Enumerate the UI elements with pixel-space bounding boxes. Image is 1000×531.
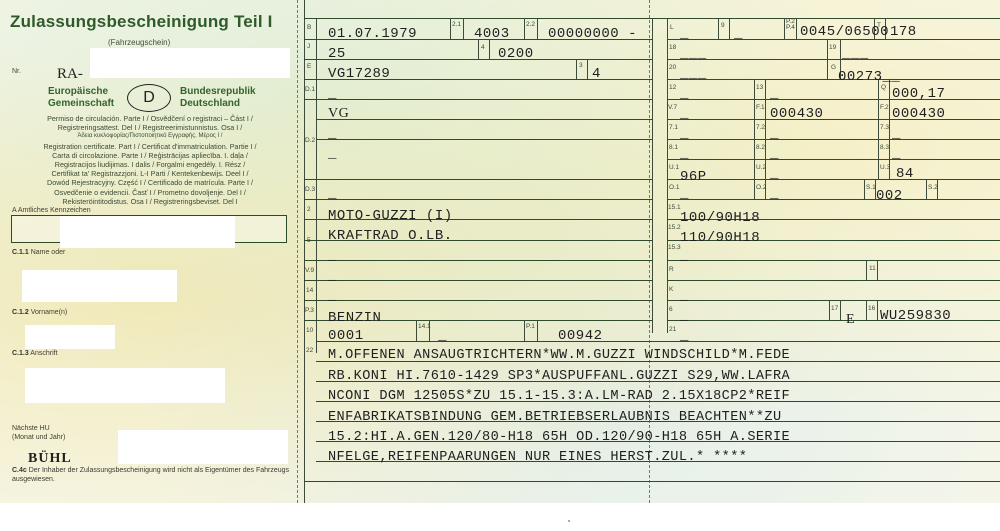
axle-load-1: _ (680, 126, 689, 142)
field-code-u3: U.3 (880, 164, 890, 171)
multilingual-line: Dowód Rejestracyjny. Część I / Certifica… (10, 178, 290, 187)
redacted-address (25, 368, 225, 403)
permitted-mass-value: 000430 (892, 106, 945, 122)
fuel-code: 0001 (328, 328, 364, 344)
field-code-p3: P.3 (305, 307, 314, 314)
address-code: C.1.3 (12, 350, 29, 357)
field-code-v9: V.9 (305, 267, 314, 274)
row-line (304, 18, 1000, 19)
field-box-17: 17 (829, 300, 841, 320)
co2-value: _ (680, 106, 689, 122)
row-line (667, 199, 1000, 200)
axle-load-max-2: _ (770, 146, 779, 162)
row-line (667, 260, 1000, 261)
redacted-firstname (25, 325, 115, 349)
field-code-10: 10 (306, 327, 313, 334)
power-weight-value: 000,17 (892, 86, 945, 102)
tire-front: 100/90H18 (680, 210, 760, 226)
length-value: ___ (680, 46, 707, 62)
ownership-note-code: C.4c (12, 467, 27, 474)
empty-mass-value: 00273__ (838, 69, 900, 85)
field-code-u1: U.1 (669, 164, 679, 171)
multilingual-line: Άδεια κυκλοφορίας/Πιστοποιητικό Εγγραφής… (10, 132, 290, 141)
tire-other: _ (680, 248, 689, 264)
field-box-p1: P.1 (524, 320, 538, 341)
towed-unbraked-value: _ (770, 186, 779, 202)
make-value: _ (328, 86, 337, 102)
field-box-2-2: 2.2 (524, 18, 538, 39)
field-code-4: 4 (481, 44, 485, 51)
field-code-15-3: 15.3 (668, 244, 681, 251)
remark-line: NCONI DGM 12505S*ZU 15.1-15.3:A.LM-RAD 2… (328, 389, 790, 404)
multilingual-line: Registracijos liudijimas. I dalis / Forg… (10, 160, 290, 169)
speck (568, 520, 570, 522)
field-code-21: 21 (669, 326, 676, 333)
manufacturer-name: MOTO-GUZZI (I) (328, 208, 453, 224)
field-code-f1: F.1 (756, 104, 765, 111)
emission-class: _ (328, 268, 337, 284)
field-code-14-1: 14.1 (418, 323, 431, 330)
first-registration-date: 01.07.1979 (328, 26, 417, 42)
eu-line-1: Europäische (48, 86, 114, 98)
field-code-k: K (669, 286, 673, 293)
brd-line-2: Deutschland (180, 98, 256, 110)
eu-line-2: Gemeinschaft (48, 98, 114, 110)
axle-load-2: _ (770, 126, 779, 142)
ownership-note: C.4c Der Inhaber der Zulassungsbescheini… (12, 466, 292, 484)
row-line (316, 119, 652, 120)
trade-name-value: _ (328, 186, 337, 202)
national-emission-code: _ (438, 328, 447, 344)
remark-line: 15.2:HI.A.GEN.120/80-H18 65H OD.120/90-H… (328, 430, 790, 445)
field-code-r: R (669, 266, 674, 273)
field-code-v7: V.7 (668, 104, 677, 111)
ownership-note-text: Der Inhaber der Zulassungsbescheinigung … (12, 467, 289, 483)
field-code-d3: D.3 (305, 186, 315, 193)
approval-date-value: _ (680, 308, 689, 324)
field-code-20: 20 (669, 64, 676, 71)
redacted-inspection-stamp (118, 430, 288, 464)
vehicle-type-extra: _ (328, 248, 337, 264)
version-value: _ (328, 146, 337, 162)
plate-label: A Amtliches Kennzeichen (12, 207, 91, 214)
registration-certificate: Zulassungsbescheinigung Teil I (Fahrzeug… (0, 0, 1000, 503)
brd-line-1: Bundesrepublik (180, 86, 256, 98)
category-value: E (846, 312, 855, 328)
multilingual-line: Carta di circolazione. Parte I / Reģistr… (10, 151, 290, 160)
field-code-16: 16 (868, 305, 875, 312)
drive-axles-value: _ (734, 26, 743, 42)
remark-line: M.OFFENEN ANSAUGTRICHTERN*WW.M.GUZZI WIN… (328, 348, 790, 363)
field-box-o2: O.2 (754, 179, 766, 199)
max-mass-value: 000430 (770, 106, 823, 122)
row-line (667, 79, 1000, 80)
type-code: 00000000 - (548, 26, 637, 42)
type-value: VG (328, 106, 349, 122)
field-code-o1: O.1 (669, 184, 679, 191)
left-panel: Zulassungsbescheinigung Teil I (Fahrzeug… (0, 0, 296, 503)
field-box-4: 4 (478, 39, 490, 59)
surname-code: C.1.1 (12, 249, 29, 256)
row-line (304, 260, 652, 261)
field-code-b: B (307, 24, 311, 31)
row-line (667, 139, 1000, 140)
multilingual-line: Rekisteröintitodistus. Osa I / Registrer… (10, 197, 290, 206)
row-line (667, 99, 1000, 100)
field-code-5: 5 (307, 237, 311, 244)
surname-label: C.1.1 Name oder (12, 249, 65, 256)
field-box-right: Q F.2 7.3 8.3 U.3 (878, 79, 890, 179)
extra-value: _ (680, 328, 689, 344)
field-code-e: E (307, 63, 311, 70)
check-digit: 4 (592, 66, 601, 82)
towed-braked-value: _ (680, 186, 689, 202)
axle-load-max-3: _ (892, 146, 901, 162)
field-code-o2: O.2 (756, 184, 766, 191)
field-code-18: 18 (669, 44, 676, 51)
fuel-type: BENZIN (328, 310, 381, 326)
field-box-s2: S.2 (926, 179, 938, 199)
multilingual-line: Permiso de circulación. Parte I / Osvědč… (10, 114, 290, 123)
number-value: RA- (57, 66, 83, 83)
field-box-p2-p4: P.2P.4 (784, 18, 797, 39)
next-inspection-line-1: Nächste HU (12, 424, 65, 433)
field-code-6: 6 (669, 306, 673, 313)
code-column-border (316, 18, 317, 353)
row-line (304, 481, 1000, 482)
field-code-l: L (670, 24, 674, 31)
number-label: Nr. (12, 68, 21, 75)
field-code-14: 14 (306, 287, 313, 294)
field-code-2-2: 2.2 (526, 21, 535, 28)
field-code-3: 3 (579, 62, 583, 69)
variant-value: _ (328, 126, 337, 142)
vehicle-type-name: KRAFTRAD O.LB. (328, 228, 453, 244)
firstname-text: Vorname(n) (31, 309, 68, 316)
field-code-15-1: 15.1 (668, 204, 681, 211)
field-code-7-2: 7.2 (756, 124, 765, 131)
field-code-d1: D.1 (305, 86, 315, 93)
next-inspection-line-2: (Monat und Jahr) (12, 433, 65, 442)
width-value: ___ (842, 46, 869, 62)
emission-key: _ (328, 288, 337, 304)
grid-border (304, 0, 305, 503)
field-code-s1: S.1 (866, 184, 876, 191)
row-line (304, 99, 652, 100)
field-box-14-1: 14.1 (416, 320, 430, 341)
field-code-22: 22 (306, 347, 313, 354)
field-code-8-2: 8.2 (756, 144, 765, 151)
field-code-8-3: 8.3 (880, 144, 889, 151)
code-column-border (667, 18, 668, 333)
row-line (667, 280, 1000, 281)
field-code-g: G (831, 64, 836, 71)
field-code-12: 12 (669, 84, 676, 91)
row-line (316, 341, 1000, 342)
firstname-code: C.1.2 (12, 309, 29, 316)
field-code-d2: D.2 (305, 137, 315, 144)
field-code-19: 19 (829, 44, 836, 51)
tank-volume-value: _ (680, 86, 689, 102)
standing-noise-value: 96P (680, 169, 707, 185)
field-box-mid: 13 F.1 7.2 8.2 U.2 (754, 79, 766, 179)
row-line (304, 59, 652, 60)
field-box-9: 9 (718, 18, 730, 39)
field-code-j: J (307, 43, 310, 50)
field-code-u2: U.2 (756, 164, 766, 171)
address-label: C.1.3 Anschrift (12, 350, 58, 357)
field-code-p4: P.4 (786, 24, 795, 31)
row-line (667, 159, 1000, 160)
field-code-q: Q (881, 84, 886, 91)
fold-line (297, 0, 298, 503)
axle-load-max-1: _ (680, 146, 689, 162)
row-line (304, 179, 652, 180)
eu-label: Europäische Gemeinschaft (48, 86, 114, 110)
multilingual-titles: Permiso de circulación. Parte I / Osvědč… (10, 114, 290, 206)
type-approval-value: _ (680, 288, 689, 304)
row-line (304, 300, 652, 301)
field-box-3: 3 (576, 59, 588, 79)
driving-noise-value: 84 (896, 166, 914, 182)
row-line (304, 280, 652, 281)
field-code-p2-p4: P.2P.4 (786, 19, 795, 31)
remark-line: RB.KONI HI.7610-1429 SP3*AUSPUFFANL.GUZZ… (328, 369, 790, 384)
field-code-7-3: 7.3 (880, 124, 889, 131)
body-code: 0200 (498, 46, 534, 62)
row-line (667, 119, 1000, 120)
field-code-f2: F.2 (880, 104, 889, 111)
field-box-2-1: 2.1 (450, 18, 464, 39)
remark-line: ENFABRIKATSBINDUNG GEM.BETRIEBSERLAUBNIS… (328, 410, 782, 425)
document-title: Zulassungsbescheinigung Teil I (10, 12, 273, 32)
max-speed-value: 178 (890, 24, 917, 40)
next-inspection-label: Nächste HU (Monat und Jahr) (12, 424, 65, 442)
column-divider (652, 18, 653, 333)
field-code-2-1: 2.1 (452, 21, 461, 28)
field-code-9: 9 (721, 22, 725, 29)
row-line (667, 179, 1000, 180)
multilingual-line: Registreringsattest. Del I / Registreeri… (10, 123, 290, 132)
field-code-17: 17 (831, 305, 838, 312)
vin: VG17289 (328, 66, 390, 82)
noise-rpm-value: _ (770, 166, 779, 182)
field-box-16: 16 (866, 300, 878, 320)
vehicle-class: 25 (328, 46, 346, 62)
seats-value-s1: 002 (876, 188, 903, 204)
axle-load-3: _ (892, 126, 901, 142)
seats-value: _ (770, 86, 779, 102)
surname-text: Name oder (31, 249, 66, 256)
field-code-15-2: 15.2 (668, 224, 681, 231)
document-number-value: WU259830 (880, 308, 951, 324)
firstname-label: C.1.2 Vorname(n) (12, 309, 67, 316)
data-grid: B J E D.1 D.2 D.3 2 5 V.9 14 P.3 10 22 2… (302, 0, 1000, 503)
manufacturer-code: 4003 (474, 26, 510, 42)
stamp-place: BÜHL (28, 451, 72, 467)
country-code-oval: D (127, 84, 171, 112)
field-code-s2: S.2 (928, 184, 938, 191)
displacement: 00942 (558, 328, 603, 344)
field-code-p1: P.1 (526, 323, 535, 330)
axles-value: _ (680, 26, 689, 42)
multilingual-line: Certifikat ta' Registrazzjoni. L-I Parti… (10, 169, 290, 178)
field-box-s1: S.1 (864, 179, 876, 199)
row-line (304, 199, 652, 200)
remark-line: NFELGE,REIFENPAARUNGEN NUR EINES HERST.Z… (328, 450, 747, 465)
address-text: Anschrift (30, 350, 57, 357)
redacted-number (90, 48, 290, 78)
multilingual-line: Osvedčenie o evidencii. Časť I / Prometn… (10, 188, 290, 197)
field-code-11: 11 (869, 265, 876, 272)
redacted-surname (22, 270, 177, 302)
field-code-2: 2 (307, 206, 311, 213)
brd-label: Bundesrepublik Deutschland (180, 86, 256, 110)
field-code-7-1: 7.1 (669, 124, 678, 131)
field-box-11: 11 (866, 260, 878, 280)
tire-rear: 110/90H18 (680, 230, 760, 246)
field-code-8-1: 8.1 (669, 144, 678, 151)
document-subtitle: (Fahrzeugschein) (108, 38, 170, 47)
row-line (316, 139, 652, 140)
height-value: ___ (680, 66, 707, 82)
redacted-plate (60, 216, 235, 248)
field-code-13: 13 (756, 84, 763, 91)
multilingual-line: Registration certificate. Part I / Certi… (10, 142, 290, 151)
power-rpm-value: 0045/06500 (800, 24, 889, 40)
